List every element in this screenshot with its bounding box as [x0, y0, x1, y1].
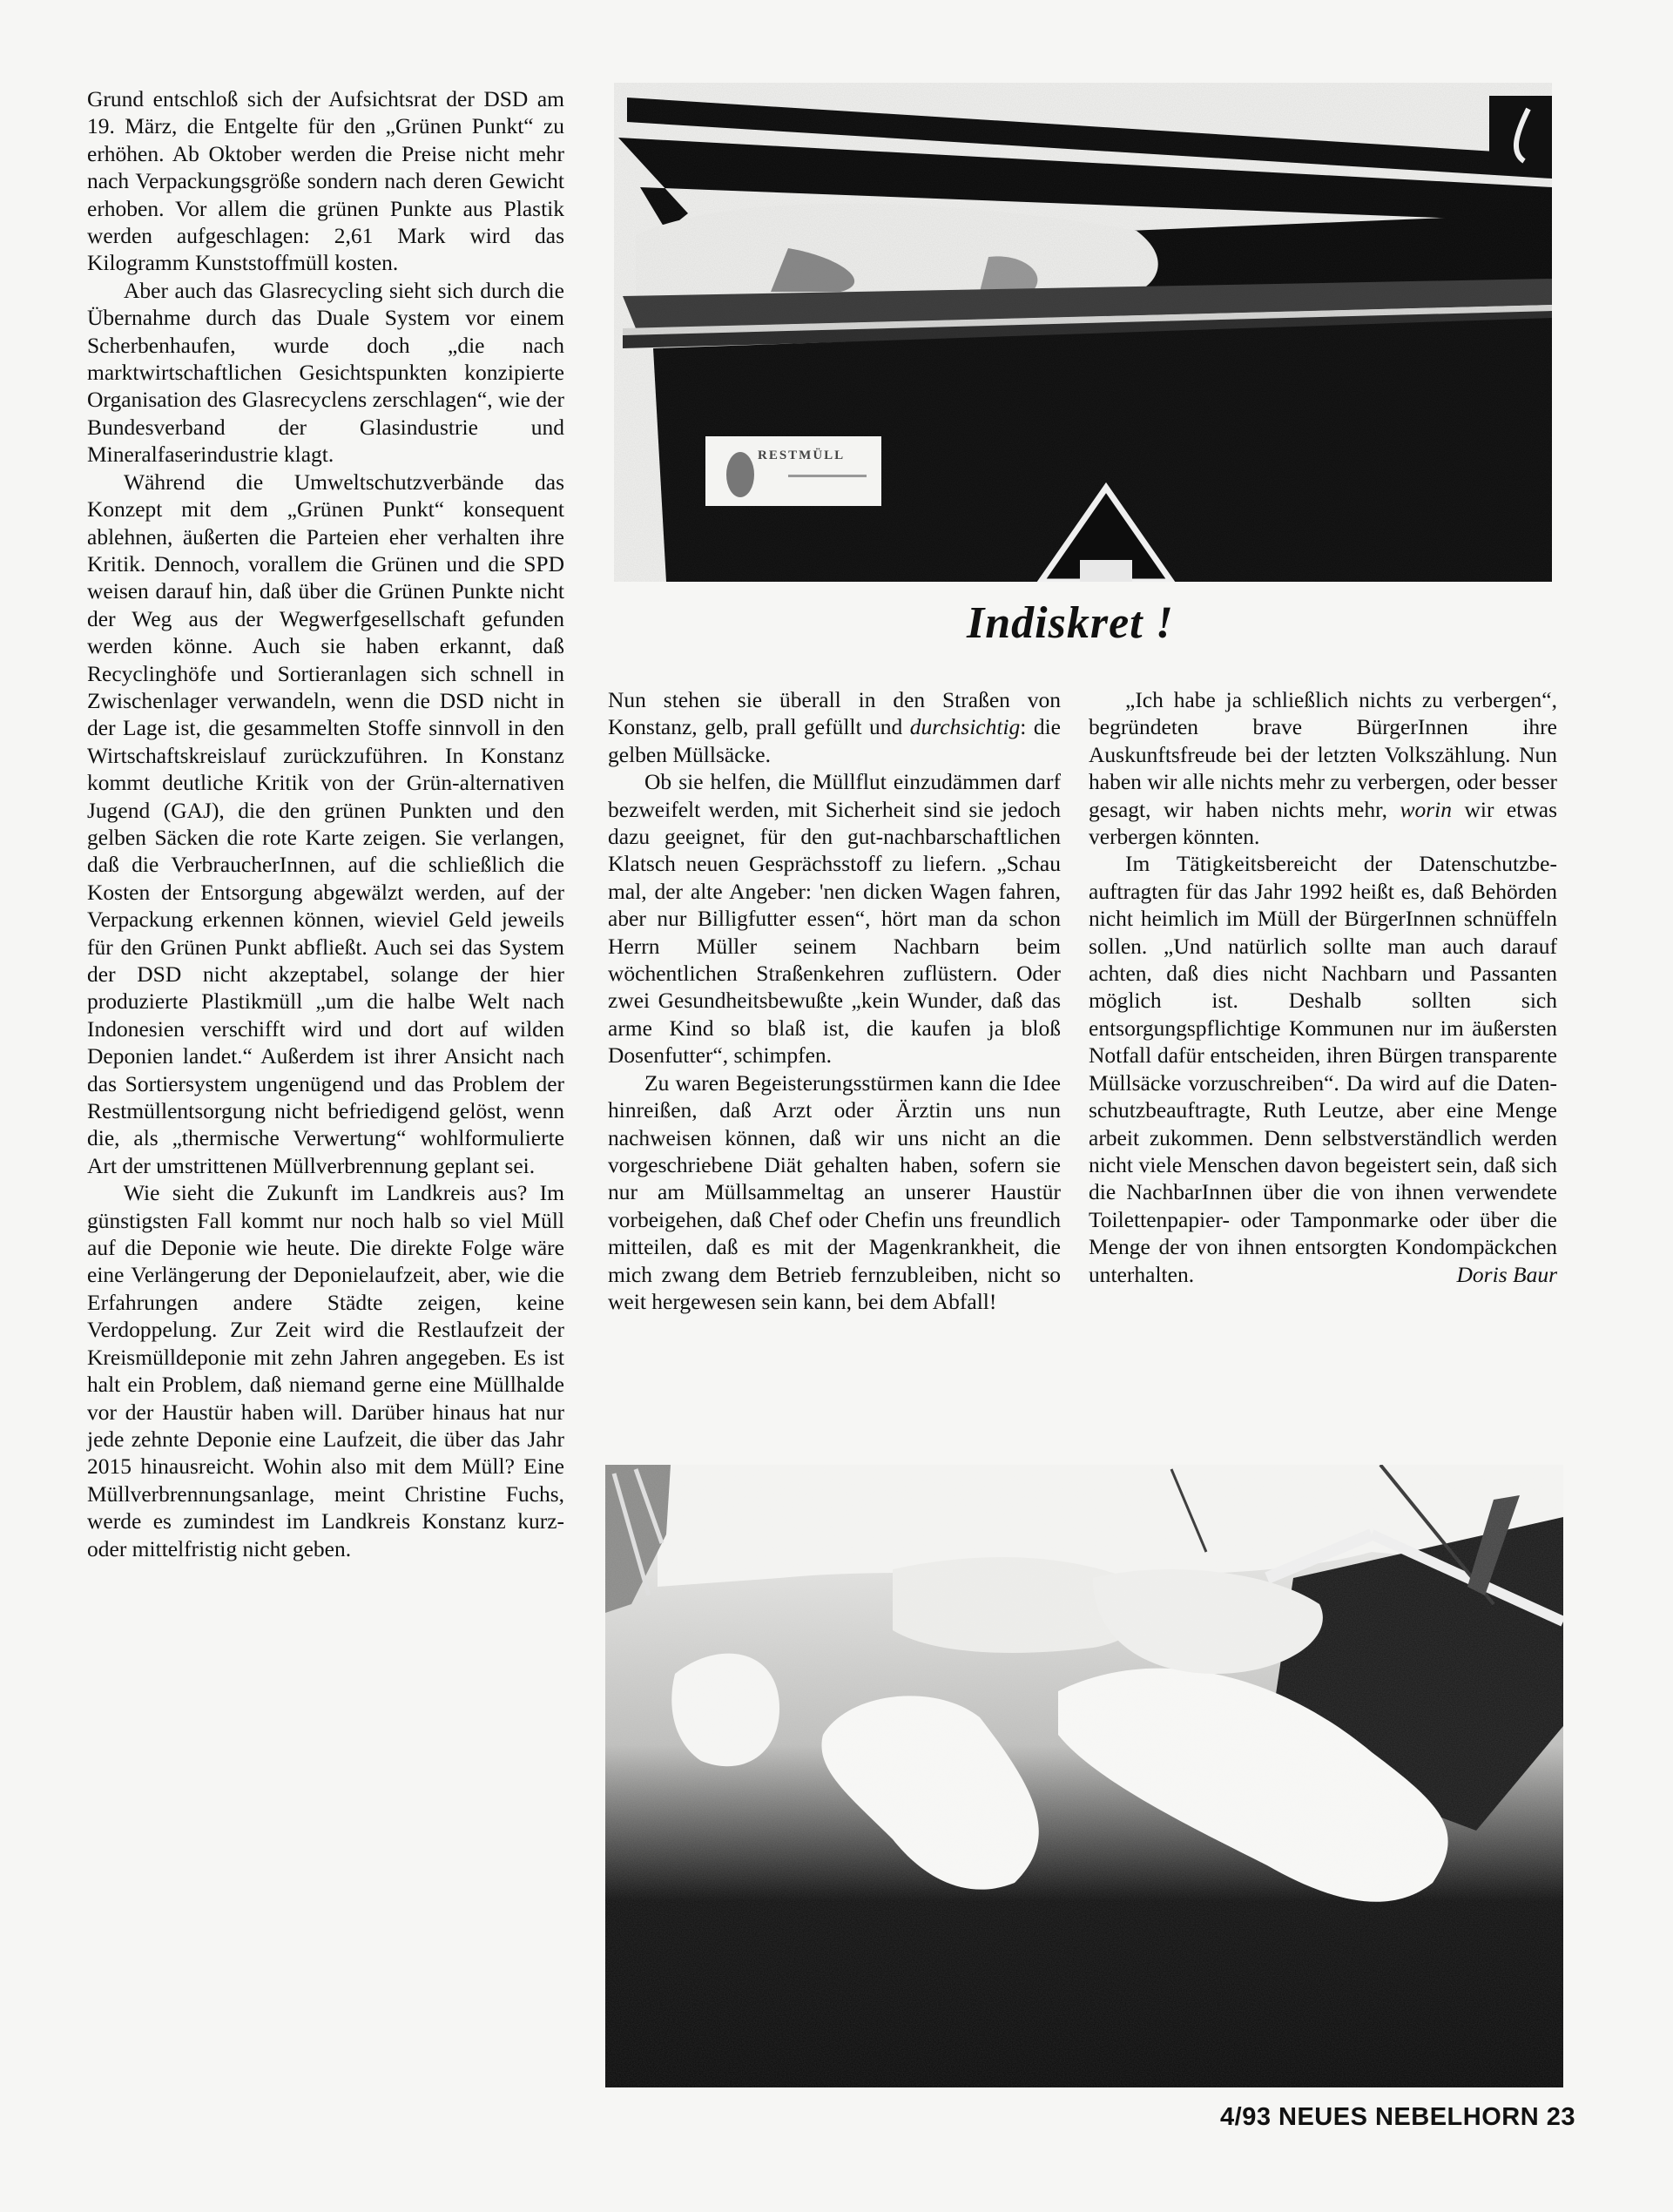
article-column-left: Grund entschloß sich der Aufsichtsrat de… [87, 85, 564, 1562]
paragraph: Im Tätigkeitsbereicht der Datenschutzbe­… [1089, 850, 1557, 1288]
paragraph: Grund entschloß sich der Aufsichtsrat de… [87, 85, 564, 277]
paragraph: Nun stehen sie überall in den Straßen vo… [608, 686, 1061, 768]
paragraph: Aber auch das Glasrecycling sieht sich d… [87, 277, 564, 469]
page-number: 23 [1547, 2103, 1575, 2131]
photo-waste-container: RESTMÜLL [614, 83, 1552, 582]
article-column-middle: Nun stehen sie überall in den Straßen vo… [608, 686, 1061, 1315]
photo-garbage-bags [605, 1465, 1563, 2087]
paragraph: Ob sie helfen, die Müllflut einzudämmen … [608, 768, 1061, 1069]
magazine-issue: 4/93 NEUES NEBELHORN [1220, 2103, 1539, 2131]
svg-text:RESTMÜLL: RESTMÜLL [758, 448, 845, 462]
restmuell-sticker: RESTMÜLL [705, 436, 881, 506]
page-footer: 4/93 NEUES NEBELHORN 23 [1220, 2103, 1575, 2132]
paragraph: „Ich habe ja schließlich nichts zu verbe… [1089, 686, 1557, 850]
author-signature: Doris Baur [1420, 1261, 1557, 1288]
paragraph: Während die Umweltschutzverbände das Kon… [87, 469, 564, 1180]
emphasis: durchsichtig [910, 714, 1021, 739]
garbage-bags-illustration [605, 1465, 1563, 2087]
paragraph: Zu waren Begeisterungsstürmen kann die I… [608, 1069, 1061, 1316]
paragraph: Wie sieht die Zukunft im Landkreis aus? … [87, 1179, 564, 1562]
article-title: Indiskret ! [967, 597, 1174, 649]
container-illustration: RESTMÜLL [614, 83, 1552, 582]
emphasis: worin [1400, 797, 1452, 822]
article-column-right: „Ich habe ja schließlich nichts zu verbe… [1089, 686, 1557, 1288]
